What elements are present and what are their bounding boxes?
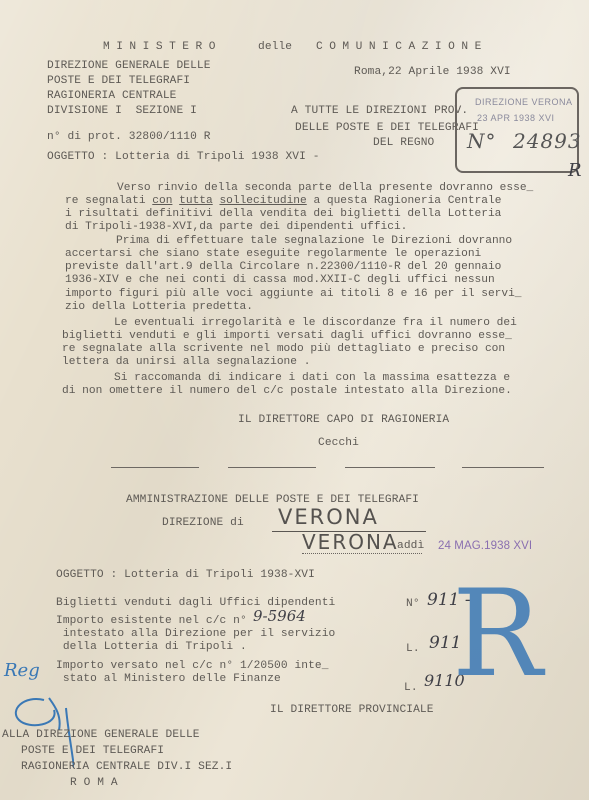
footer-address-line: ALLA DIREZIONE GENERALE DELLE: [2, 728, 200, 742]
row-prefix: L.: [404, 681, 418, 695]
direzione-label: DIREZIONE di: [162, 516, 244, 530]
body-line: Verso rinvio della seconda parte della p…: [117, 182, 533, 195]
ministry-comunicazione: COMUNICAZIONE: [316, 40, 488, 54]
body-line: importo figuri più alle voci aggiunte ai…: [65, 288, 522, 301]
direzione-value: VERONA: [278, 505, 379, 529]
body-line: previste dall'art.9 della Circolare n.22…: [65, 261, 501, 274]
divider: [462, 467, 544, 469]
body-line: zio della Lotteria predetta.: [65, 301, 253, 314]
addressee-line: A TUTTE LE DIREZIONI PROV.: [291, 104, 468, 118]
footer-address-line: POSTE E DEI TELEGRAFI: [21, 744, 164, 758]
date-stamp: 24 MAG.1938 XVI: [438, 539, 532, 553]
body-line: Si raccomanda di indicare i dati con la …: [114, 372, 510, 385]
signature-title: IL DIRETTORE CAPO DI RAGIONERIA: [238, 413, 449, 427]
body-line: Le eventuali irregolarità e le discordan…: [114, 317, 517, 330]
body-line: accertarsi che siano state eseguite rego…: [65, 248, 481, 261]
place-date: Roma,22 Aprile 1938 XVI: [354, 65, 511, 79]
divider: [111, 467, 199, 469]
stamp-office: DIREZIONE VERONA: [475, 97, 573, 107]
handwritten-note: Reg: [4, 660, 40, 681]
office-line: POSTE E DEI TELEGRAFI: [47, 74, 190, 88]
body-line: 1936-XIV e che nei conti di cassa mod.XX…: [65, 274, 495, 287]
footer-address-line: R O M A: [70, 776, 118, 790]
office-line: RAGIONERIA CENTRALE: [47, 89, 176, 103]
reply-subject: OGGETTO : Lotteria di Tripoli 1938-XVI: [56, 568, 315, 582]
stamp-date: 23 APR 1938 XVI: [477, 113, 555, 123]
row-prefix: L.: [406, 642, 420, 656]
stamp-number-prefix: N°: [467, 129, 497, 153]
underlined-text: tutta: [179, 195, 213, 207]
row-label: Importo esistente nel c/c n°: [56, 614, 247, 628]
signature-name: Cecchi: [318, 436, 359, 450]
addressee-line: DEL REGNO: [373, 136, 434, 150]
addi-label: addì: [397, 539, 424, 553]
body-line: i risultati definitivi della vendita dei…: [65, 208, 501, 221]
underlined-text: con: [152, 195, 172, 207]
row-label: della Lotteria di Tripoli .: [56, 640, 247, 654]
protocol-number: n° di prot. 32800/1110 R: [47, 130, 211, 144]
account-number-handwritten: 9-5964: [253, 607, 306, 625]
body-line: re segnalati con tutta sollecitudine a q…: [65, 195, 501, 208]
body-line: di non omettere il numero del c/c postal…: [62, 385, 512, 398]
row-prefix: N°: [406, 597, 420, 611]
stamp-mark: R: [568, 160, 582, 181]
blue-handwritten-mark: R: [452, 575, 542, 695]
divider: [228, 467, 316, 469]
place-dotted-line: [302, 553, 422, 554]
underlined-text: sollecitudine: [219, 195, 306, 207]
body-line: re segnalate alla scrivente nel modo più…: [62, 343, 505, 356]
row-label: intestato alla Direzione per il servizio: [56, 627, 335, 641]
body-line: biglietti venduti e gli importi versati …: [62, 330, 512, 343]
row-label: stato al Ministero delle Finanze: [56, 672, 281, 686]
subject-line: OGGETTO : Lotteria di Tripoli 1938 XVI -: [47, 150, 320, 164]
stamp-number: 24893: [513, 129, 582, 153]
body-line: lettera da unirsi alla segnalazione .: [62, 356, 310, 369]
provincial-director-title: IL DIRETTORE PROVINCIALE: [270, 703, 434, 717]
place-stamp: VERONA: [302, 530, 399, 554]
text-run: a questa Ragioneria Centrale: [307, 195, 502, 207]
body-line: Prima di effettuare tale segnalazione le…: [116, 235, 512, 248]
footer-address-line: RAGIONERIA CENTRALE DIV.I SEZ.I: [21, 760, 232, 774]
divider: [345, 467, 435, 469]
ministry-heading: MINISTERO: [103, 40, 222, 54]
office-line: DIVISIONE I SEZIONE I: [47, 104, 197, 118]
office-line: DIREZIONE GENERALE DELLE: [47, 59, 211, 73]
body-line: di Tripoli-1938-XVI,da parte dei dipende…: [65, 221, 407, 234]
row-label: Importo versato nel c/c n° 1/20500 inte_: [56, 659, 329, 673]
text-run: re segnalati: [65, 195, 152, 207]
protocol-stamp: DIREZIONE VERONA 23 APR 1938 XVI N° 2489…: [455, 87, 579, 173]
addressee-line: DELLE POSTE E DEI TELEGRAFI: [295, 121, 479, 135]
ministry-delle: delle: [258, 40, 292, 54]
